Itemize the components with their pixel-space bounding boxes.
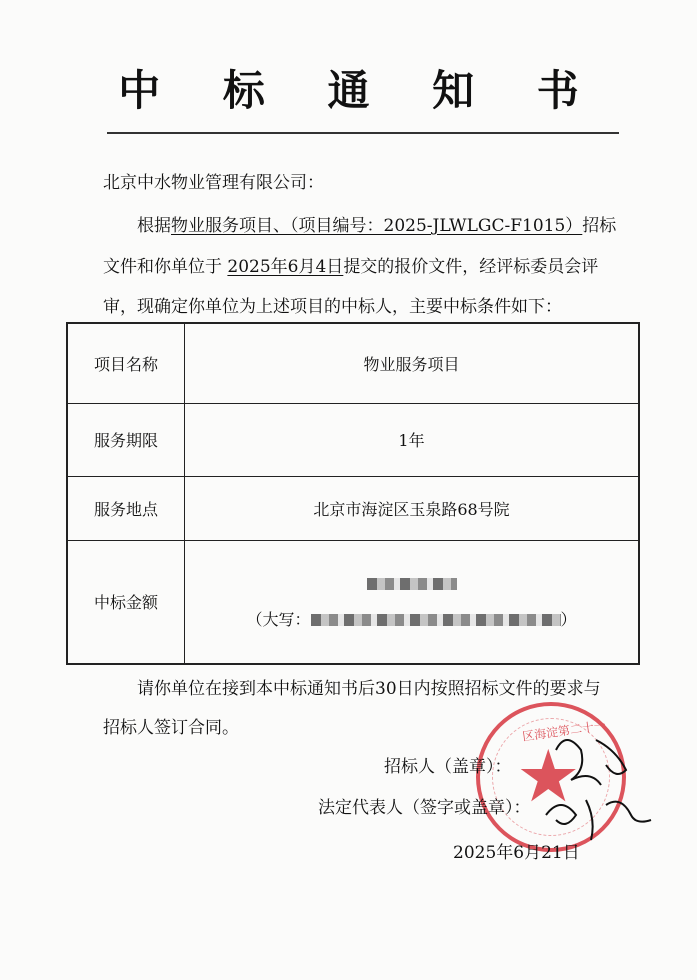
- row-label: 中标金额: [67, 540, 185, 664]
- project-reference: 物业服务项目、（项目编号：2025-JLWLGC-F1015）: [171, 216, 582, 236]
- row-value: 物业服务项目: [185, 323, 640, 403]
- title-divider: [107, 132, 619, 134]
- paragraph-2-line-1: 请你单位在接到本中标通知书后30日内按照招标文件的要求与: [137, 674, 601, 699]
- award-terms-table: 项目名称 物业服务项目 服务期限 1年 服务地点 北京市海淀区玉泉路68号院 中…: [66, 322, 640, 665]
- text: 根据: [137, 216, 171, 236]
- tenderer-seal-label: 招标人（盖章）：: [384, 752, 512, 777]
- table-row: 服务地点 北京市海淀区玉泉路68号院: [67, 476, 639, 540]
- submission-date: 2025年6月4日: [227, 257, 343, 277]
- table-row: 中标金额 （大写：）: [67, 540, 639, 664]
- row-label: 项目名称: [67, 323, 185, 403]
- uppercase-prefix: （大写：: [246, 610, 310, 629]
- addressee: 北京中水物业管理有限公司：: [103, 168, 324, 193]
- uppercase-suffix: ）: [561, 610, 577, 629]
- paragraph-1-line-3: 审，现确定你单位为上述项目的中标人，主要中标条件如下：: [103, 292, 562, 317]
- paragraph-1-line-1: 根据物业服务项目、（项目编号：2025-JLWLGC-F1015）招标: [137, 211, 616, 236]
- paragraph-1-line-2: 文件和你单位于 2025年6月4日提交的报价文件，经评标委员会评: [103, 252, 598, 277]
- text: 文件和你单位于: [103, 257, 222, 277]
- document-title: 中 标 通 知 书: [0, 58, 697, 118]
- row-value: 1年: [185, 403, 640, 476]
- text: 提交的报价文件，经评标委员会评: [343, 257, 598, 277]
- row-label: 服务期限: [67, 403, 185, 476]
- paragraph-2-line-2: 招标人签订合同。: [103, 713, 239, 738]
- row-value: （大写：）: [185, 540, 640, 664]
- redacted-amount-uppercase: [311, 614, 561, 626]
- row-value: 北京市海淀区玉泉路68号院: [185, 476, 640, 540]
- issue-date: 2025年6月21日: [453, 838, 580, 863]
- redacted-amount: [367, 578, 457, 590]
- row-label: 服务地点: [67, 476, 185, 540]
- text: 招标: [582, 216, 616, 236]
- table-row: 服务期限 1年: [67, 403, 639, 476]
- handwritten-signature: [536, 720, 656, 850]
- table-row: 项目名称 物业服务项目: [67, 323, 639, 403]
- legal-representative-label: 法定代表人（签字或盖章）：: [318, 793, 531, 818]
